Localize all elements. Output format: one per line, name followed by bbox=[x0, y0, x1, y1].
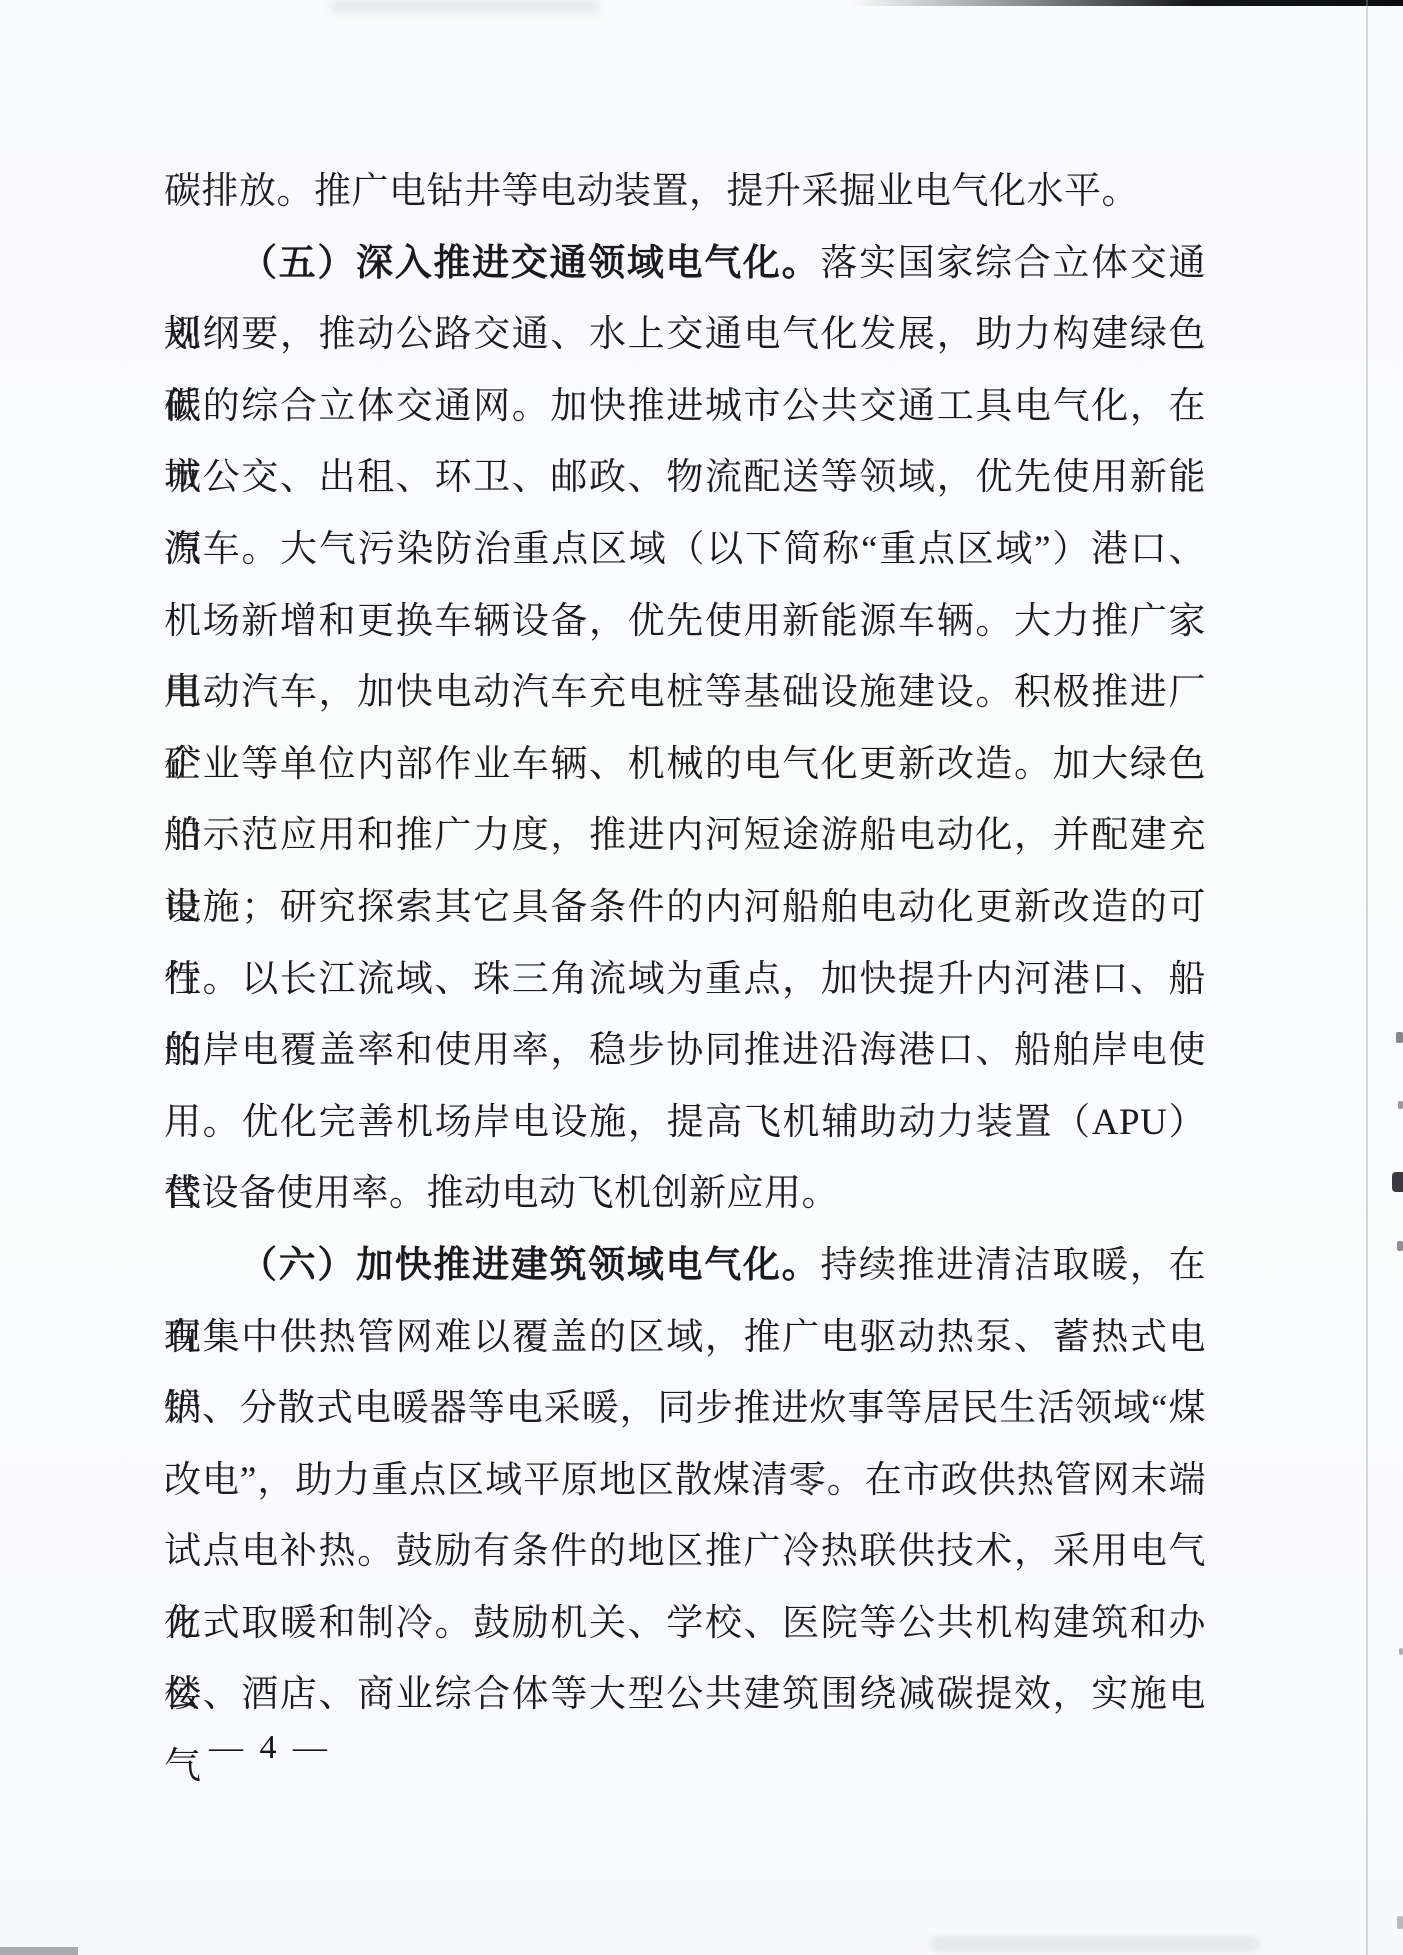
text-line-3: 划纲要，推动公路交通、水上交通电气化发展，助力构建绿色低 bbox=[164, 299, 1206, 371]
scan-artifact-right-edge-line bbox=[1366, 0, 1368, 1955]
section-heading-text: （五）深入推进交通领域电气化。 bbox=[240, 243, 820, 284]
body-text: 代设备使用率。推动电动飞机创新应用。 bbox=[164, 1173, 839, 1214]
text-line-19: 改电”，助力重点区域平原地区散煤清零。在市政供热管网末端 bbox=[164, 1445, 1206, 1517]
scan-artifact-speck bbox=[1397, 1241, 1403, 1251]
scan-artifact-bottom-left-mark bbox=[0, 1947, 78, 1955]
text-line-22: 楼、酒店、商业综合体等大型公共建筑围绕减碳提效，实施电气 bbox=[164, 1659, 1206, 1731]
text-line-4: 碳的综合立体交通网。加快推进城市公共交通工具电气化，在城 bbox=[164, 371, 1206, 443]
text-line-8: 电动汽车，加快电动汽车充电桩等基础设施建设。积极推进厂矿 bbox=[164, 657, 1206, 729]
text-line-10: 舶示范应用和推广力度，推进内河短途游船电动化，并配建充电 bbox=[164, 800, 1206, 872]
text-line-2: （五）深入推进交通领域电气化。落实国家综合立体交通规 bbox=[164, 228, 1206, 300]
body-text: 的岸电覆盖率和使用率，稳步协同推进沿海港口、船舶岸电使 bbox=[164, 1030, 1206, 1071]
text-line-15: 代设备使用率。推动电动飞机创新应用。 bbox=[164, 1158, 1206, 1230]
text-line-18: 炉、分散式电暖器等电采暖，同步推进炊事等居民生活领域“煤 bbox=[164, 1373, 1206, 1445]
document-page: 碳排放。推广电钻井等电动装置，提升采掘业电气化水平。（五）深入推进交通领域电气化… bbox=[0, 0, 1403, 1955]
scan-artifact-speck bbox=[1397, 1916, 1403, 1929]
text-line-7: 机场新增和更换车辆设备，优先使用新能源车辆。大力推广家用 bbox=[164, 586, 1206, 658]
scan-artifact-speck bbox=[1396, 1032, 1403, 1043]
scan-artifact-speck bbox=[1399, 1648, 1403, 1655]
text-line-13: 的岸电覆盖率和使用率，稳步协同推进沿海港口、船舶岸电使 bbox=[164, 1015, 1206, 1087]
text-line-16: （六）加快推进建筑领域电气化。持续推进清洁取暖，在现 bbox=[164, 1230, 1206, 1302]
scan-artifact-top-bar bbox=[852, 0, 1403, 6]
scan-artifact-bottom-smudge bbox=[930, 1936, 1260, 1952]
text-line-1: 碳排放。推广电钻井等电动装置，提升采掘业电气化水平。 bbox=[164, 156, 1206, 228]
text-line-5: 市公交、出租、环卫、邮政、物流配送等领域，优先使用新能源 bbox=[164, 442, 1206, 514]
text-line-14: 用。优化完善机场岸电设施，提高飞机辅助动力装置（APU）替 bbox=[164, 1087, 1206, 1159]
scan-artifact-speck bbox=[1398, 1101, 1403, 1109]
text-line-9: 企业等单位内部作业车辆、机械的电气化更新改造。加大绿色船 bbox=[164, 729, 1206, 801]
page-number: — 4 — bbox=[209, 1728, 331, 1768]
text-line-17: 有集中供热管网难以覆盖的区域，推广电驱动热泵、蓄热式电锅 bbox=[164, 1302, 1206, 1374]
document-body: 碳排放。推广电钻井等电动装置，提升采掘业电气化水平。（五）深入推进交通领域电气化… bbox=[164, 156, 1206, 1731]
body-text: 改电”，助力重点区域平原地区散煤清零。在市政供热管网末端 bbox=[164, 1460, 1206, 1501]
text-line-6: 汽车。大气污染防治重点区域（以下简称“重点区域”）港口、 bbox=[164, 514, 1206, 586]
body-text: 碳排放。推广电钻井等电动装置，提升采掘业电气化水平。 bbox=[164, 171, 1139, 212]
text-line-12: 性。以长江流域、珠三角流域为重点，加快提升内河港口、船舶 bbox=[164, 944, 1206, 1016]
scan-artifact-top-smudge bbox=[330, 0, 600, 13]
body-text: 炉、分散式电暖器等电采暖，同步推进炊事等居民生活领域“煤 bbox=[164, 1388, 1206, 1429]
text-line-21: 方式取暖和制冷。鼓励机关、学校、医院等公共机构建筑和办公 bbox=[164, 1588, 1206, 1660]
text-line-20: 试点电补热。鼓励有条件的地区推广冷热联供技术，采用电气化 bbox=[164, 1516, 1206, 1588]
scan-artifact-speck bbox=[1392, 1172, 1403, 1192]
body-text: 汽车。大气污染防治重点区域（以下简称“重点区域”）港口、 bbox=[164, 529, 1206, 570]
section-heading-text: （六）加快推进建筑领域电气化。 bbox=[240, 1245, 820, 1286]
text-line-11: 设施；研究探索其它具备条件的内河船舶电动化更新改造的可行 bbox=[164, 872, 1206, 944]
